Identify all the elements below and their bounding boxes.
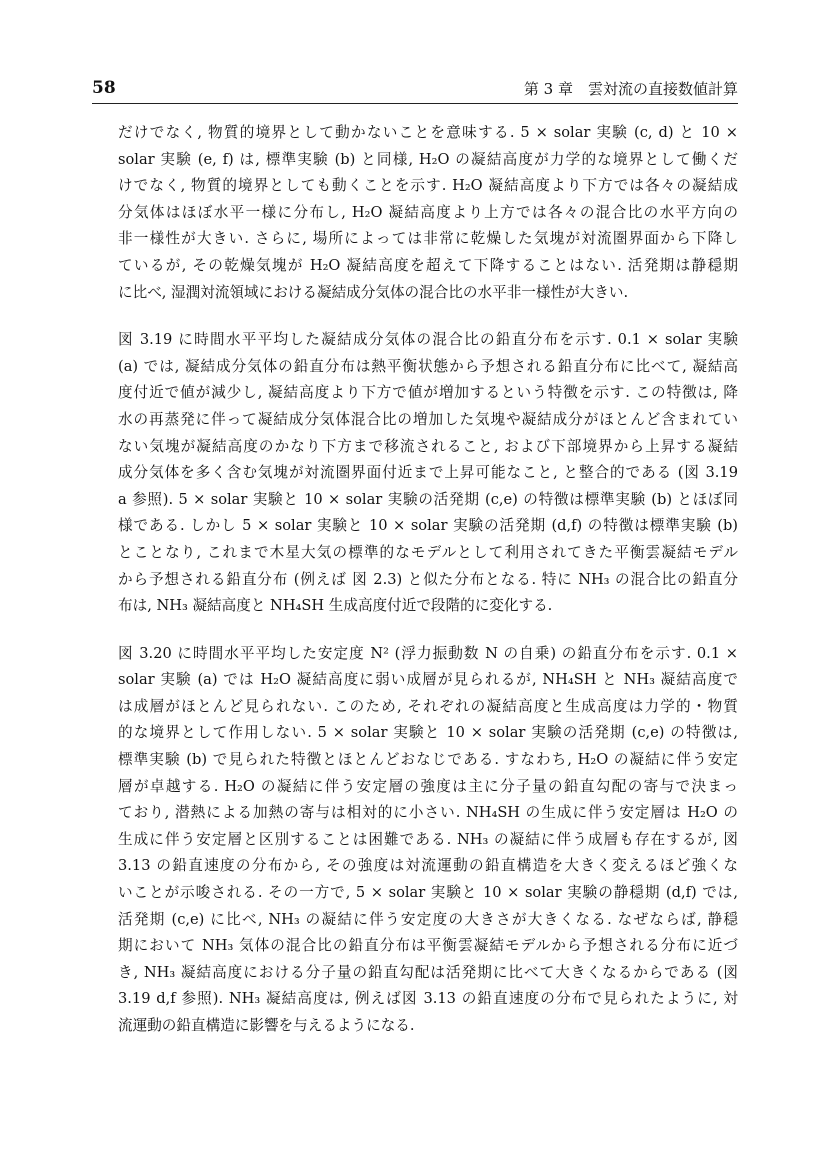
running-head-chapter-title: 第 3 章 雲対流の直接数値計算 (524, 78, 738, 99)
text-line: とことなり, これまで木星大気の標準的なモデルとして利用されてきた平衡雲凝結モデ… (118, 540, 738, 567)
text-line: けでなく, 物質的境界としても動くことを示す. H₂O 凝結高度より下方では各々… (118, 173, 738, 200)
text-line: 流運動の鉛直構造に影響を与えるようになる. (118, 1013, 738, 1040)
text-line: 図 3.20 に時間水平平均した安定度 N² (浮力振動数 N の自乗) の鉛直… (118, 641, 738, 668)
text-line: は成層がほとんど見られない. このため, それぞれの凝結高度と生成高度は力学的・… (118, 694, 738, 721)
text-line: solar 実験 (e, f) は, 標準実験 (b) と同様, H₂O の凝結… (118, 147, 738, 174)
text-line: ており, 潜熱による加熱の寄与は相対的に小さい. NH₄SH の生成に伴う安定層… (118, 800, 738, 827)
text-line: 水の再蒸発に伴って凝結成分気体混合比の増加した気塊や凝結成分がほとんど含まれてい (118, 407, 738, 434)
text-line: 期において NH₃ 気体の混合比の鉛直分布は平衡雲凝結モデルから予想される分布に… (118, 933, 738, 960)
text-line: 生成に伴う安定層と区別することは困難である. NH₃ の凝結に伴う成層も存在する… (118, 827, 738, 854)
text-line: に比べ, 湿潤対流領域における凝結成分気体の混合比の水平非一様性が大きい. (118, 280, 738, 307)
text-line: 層が卓越する. H₂O の凝結に伴う安定層の強度は主に分子量の鉛直勾配の寄与で決… (118, 774, 738, 801)
text-line: 3.19 d,f 参照). NH₃ 凝結高度は, 例えば図 3.13 の鉛直速度… (118, 986, 738, 1013)
paragraph-3: 図 3.20 に時間水平平均した安定度 N² (浮力振動数 N の自乗) の鉛直… (118, 641, 738, 1040)
text-line: 度付近で値が減少し, 凝結高度より下方で値が増加するという特徴を示す. この特徴… (118, 380, 738, 407)
text-line: 図 3.19 に時間水平平均した凝結成分気体の混合比の鉛直分布を示す. 0.1 … (118, 327, 738, 354)
text-line: き, NH₃ 凝結高度における分子量の鉛直勾配は活発期に比べて大きくなるからであ… (118, 960, 738, 987)
text-line: ない気塊が凝結高度のかなり下方まで移流されること, および下部境界から上昇する凝… (118, 434, 738, 461)
page-header: 58 第 3 章 雲対流の直接数値計算 (92, 78, 738, 102)
text-line: 3.13 の鉛直速度の分布から, その強度は対流運動の鉛直構造を大きく変えるほど… (118, 853, 738, 880)
paragraph-1: だけでなく, 物質的境界として動かないことを意味する. 5 × solar 実験… (118, 120, 738, 306)
text-line: 布は, NH₃ 凝結高度と NH₄SH 生成高度付近で段階的に変化する. (118, 593, 738, 620)
text-line: 分気体はほぼ水平一様に分布し, H₂O 凝結高度より上方では各々の混合比の水平方… (118, 200, 738, 227)
text-line: 成分気体を多く含む気塊が対流圏界面付近まで上昇可能なこと, と整合的である (図… (118, 460, 738, 487)
text-line: 標準実験 (b) で見られた特徴とほとんどおなじである. すなわち, H₂O の… (118, 747, 738, 774)
text-line: solar 実験 (a) では H₂O 凝結高度に弱い成層が見られるが, NH₄… (118, 667, 738, 694)
page-number: 58 (92, 78, 116, 98)
text-line: 活発期 (c,e) に比べ, NH₃ の凝結に伴う安定度の大きさが大きくなる. … (118, 907, 738, 934)
text-line: いことが示唆される. その一方で, 5 × solar 実験と 10 × sol… (118, 880, 738, 907)
paragraph-2: 図 3.19 に時間水平平均した凝結成分気体の混合比の鉛直分布を示す. 0.1 … (118, 327, 738, 620)
text-line: (a) では, 凝結成分気体の鉛直分布は熱平衡状態から予想される鉛直分布に比べて… (118, 354, 738, 381)
text-line: から予想される鉛直分布 (例えば 図 2.3) と似た分布となる. 特に NH₃… (118, 567, 738, 594)
text-line: だけでなく, 物質的境界として動かないことを意味する. 5 × solar 実験… (118, 120, 738, 147)
text-line: ているが, その乾燥気塊が H₂O 凝結高度を超えて下降することはない. 活発期… (118, 253, 738, 280)
header-rule (92, 103, 738, 104)
text-line: 非一様性が大きい. さらに, 場所によっては非常に乾燥した気塊が対流圏界面から下… (118, 226, 738, 253)
text-line: a 参照). 5 × solar 実験と 10 × solar 実験の活発期 (… (118, 487, 738, 514)
text-line: 的な境界として作用しない. 5 × solar 実験と 10 × solar 実… (118, 720, 738, 747)
text-line: 様である. しかし 5 × solar 実験と 10 × solar 実験の活発… (118, 513, 738, 540)
body-text: だけでなく, 物質的境界として動かないことを意味する. 5 × solar 実験… (118, 120, 738, 1040)
